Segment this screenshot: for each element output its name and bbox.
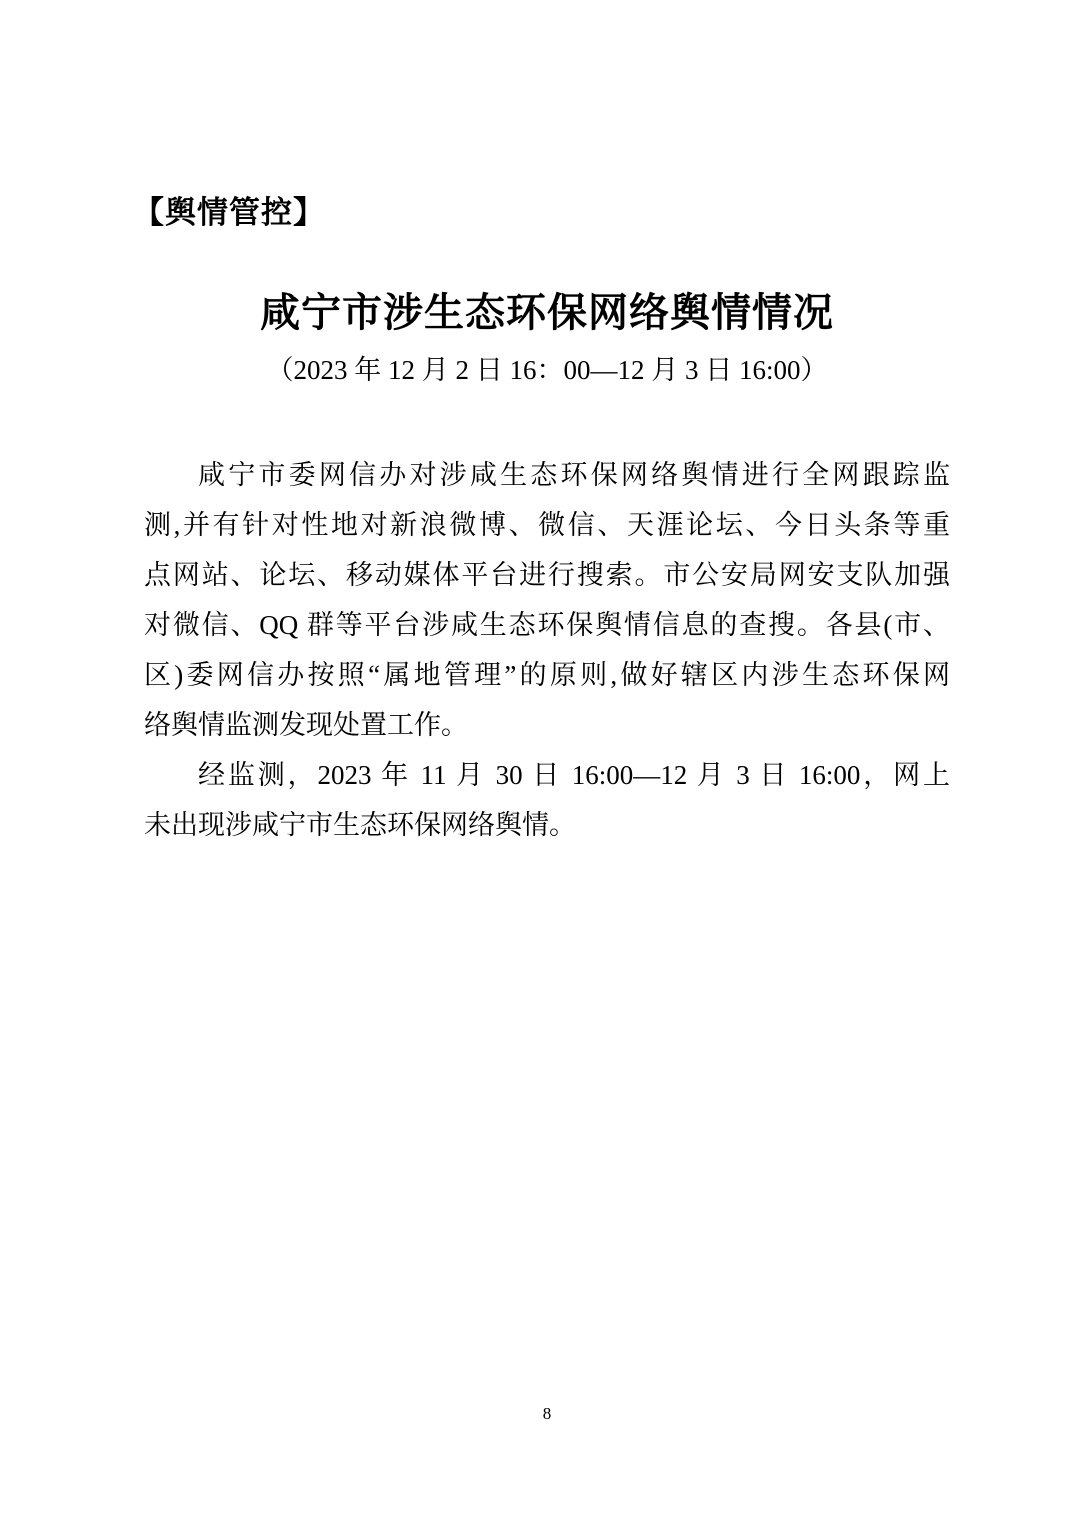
paragraph-1-line-2: 测,并有针对性地对新浪微博、微信、天涯论坛、今日头条等重 <box>144 500 950 550</box>
section-label: 【舆情管控】 <box>133 193 325 233</box>
paragraph-1-line-3: 点网站、论坛、移动媒体平台进行搜索。市公安局网安支队加强 <box>144 550 950 600</box>
page-number: 8 <box>144 1402 950 1426</box>
document-title: 咸宁市涉生态环保网络舆情情况 <box>144 288 950 338</box>
paragraph-1-line-4: 对微信、QQ 群等平台涉咸生态环保舆情信息的查搜。各县(市、 <box>144 600 950 650</box>
paragraph-1-line-1: 咸宁市委网信办对涉咸生态环保网络舆情进行全网跟踪监 <box>144 450 950 500</box>
document-subtitle: （2023 年 12 月 2 日 16：00—12 月 3 日 16:00） <box>144 350 950 390</box>
document-page: 【舆情管控】 咸宁市涉生态环保网络舆情情况 （2023 年 12 月 2 日 1… <box>0 0 1074 1520</box>
paragraph-1-line-6: 络舆情监测发现处置工作。 <box>144 700 950 750</box>
paragraph-2-line-2: 未出现涉咸宁市生态环保网络舆情。 <box>144 800 950 850</box>
paragraph-2-line-1: 经监测，2023 年 11 月 30 日 16:00—12 月 3 日 16:0… <box>144 750 950 800</box>
document-body: 咸宁市委网信办对涉咸生态环保网络舆情进行全网跟踪监 测,并有针对性地对新浪微博、… <box>144 450 950 850</box>
paragraph-1-line-5: 区)委网信办按照“属地管理”的原则,做好辖区内涉生态环保网 <box>144 650 950 700</box>
